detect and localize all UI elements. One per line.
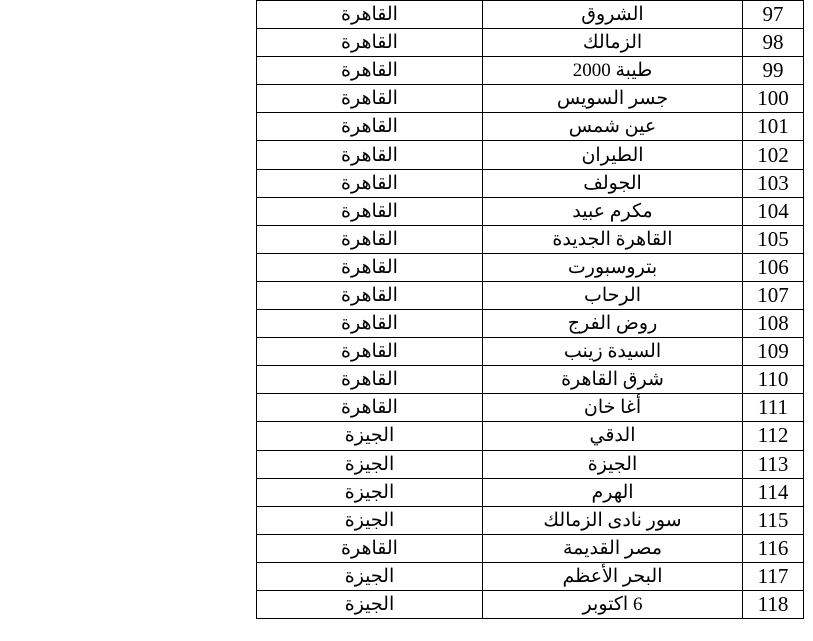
governorate-cell-text: القاهرة <box>341 286 398 305</box>
governorate-cell: القاهرة <box>257 394 483 422</box>
governorate-cell-text: القاهرة <box>341 117 398 136</box>
number-cell: 109 <box>743 338 804 366</box>
number-cell-text: 98 <box>763 30 784 54</box>
area-cell: أغا خان <box>483 394 743 422</box>
area-cell: الهرم <box>483 478 743 506</box>
table-row: القاهرةمصر القديمة116 <box>257 534 804 562</box>
table-row: القاهرةالقاهرة الجديدة105 <box>257 225 804 253</box>
governorate-cell-text: القاهرة <box>341 370 398 389</box>
table-row: الجيزة6 اكتوبر118 <box>257 590 804 618</box>
area-cell: مصر القديمة <box>483 534 743 562</box>
governorate-cell: القاهرة <box>257 57 483 85</box>
area-cell-text: الجولف <box>583 174 642 193</box>
area-cell: طيبة 2000 <box>483 57 743 85</box>
governorate-cell-text: القاهرة <box>341 314 398 333</box>
number-cell: 106 <box>743 253 804 281</box>
governorate-cell-text: الجيزة <box>345 426 395 445</box>
number-cell: 112 <box>743 422 804 450</box>
number-cell-text: 107 <box>757 283 789 307</box>
table-row: القاهرةبتروسبورت106 <box>257 253 804 281</box>
area-cell: الزمالك <box>483 29 743 57</box>
area-cell-text: الجيزة <box>588 455 638 474</box>
governorate-cell: القاهرة <box>257 281 483 309</box>
area-cell: الرحاب <box>483 281 743 309</box>
area-cell-text: مكرم عبيد <box>572 202 652 221</box>
number-cell: 100 <box>743 85 804 113</box>
number-cell-text: 102 <box>757 143 789 167</box>
governorate-cell: القاهرة <box>257 113 483 141</box>
table-row: القاهرةشرق القاهرة110 <box>257 366 804 394</box>
table-body: القاهرةالشروق97القاهرةالزمالك98القاهرةطي… <box>257 1 804 619</box>
governorate-cell: القاهرة <box>257 310 483 338</box>
number-cell: 117 <box>743 562 804 590</box>
governorate-cell-text: القاهرة <box>341 174 398 193</box>
number-cell-text: 106 <box>757 255 789 279</box>
number-cell: 108 <box>743 310 804 338</box>
area-cell: البحر الأعظم <box>483 562 743 590</box>
governorate-cell: القاهرة <box>257 338 483 366</box>
number-cell-text: 99 <box>763 58 784 82</box>
area-cell-text: 6 اكتوبر <box>583 595 643 614</box>
number-cell-text: 108 <box>757 311 789 335</box>
governorate-cell: القاهرة <box>257 253 483 281</box>
table-row: القاهرةالشروق97 <box>257 1 804 29</box>
governorate-cell: القاهرة <box>257 85 483 113</box>
table-row: القاهرةمكرم عبيد104 <box>257 197 804 225</box>
number-cell: 107 <box>743 281 804 309</box>
area-cell-text: عين شمس <box>569 117 656 136</box>
area-cell: الجولف <box>483 169 743 197</box>
table-row: القاهرةطيبة 200099 <box>257 57 804 85</box>
governorate-cell-text: القاهرة <box>341 202 398 221</box>
number-cell-text: 101 <box>757 114 789 138</box>
area-cell-text: مصر القديمة <box>563 539 662 558</box>
number-cell-text: 105 <box>757 227 789 251</box>
governorate-cell: الجيزة <box>257 478 483 506</box>
area-cell-text: أغا خان <box>584 398 641 417</box>
governorate-cell-text: الجيزة <box>345 483 395 502</box>
number-cell: 115 <box>743 506 804 534</box>
table-row: القاهرةعين شمس101 <box>257 113 804 141</box>
governorate-cell-text: الجيزة <box>345 567 395 586</box>
governorate-cell-text: القاهرة <box>341 230 398 249</box>
number-cell-text: 111 <box>758 395 788 419</box>
number-cell-text: 115 <box>758 508 789 532</box>
area-cell: مكرم عبيد <box>483 197 743 225</box>
area-cell: 6 اكتوبر <box>483 590 743 618</box>
table-row: الجيزةالدقي112 <box>257 422 804 450</box>
area-cell-text: الطيران <box>581 146 643 165</box>
number-cell-text: 104 <box>757 199 789 223</box>
table-row: القاهرةالسيدة زينب109 <box>257 338 804 366</box>
number-cell-text: 100 <box>757 86 789 110</box>
governorate-cell-text: القاهرة <box>341 398 398 417</box>
area-cell: عين شمس <box>483 113 743 141</box>
number-cell-text: 114 <box>758 480 789 504</box>
area-cell-text: شرق القاهرة <box>561 370 664 389</box>
governorate-cell-text: القاهرة <box>341 5 398 24</box>
governorate-cell-text: القاهرة <box>341 342 398 361</box>
governorate-cell: الجيزة <box>257 422 483 450</box>
number-cell-text: 110 <box>758 367 789 391</box>
governorate-cell: القاهرة <box>257 141 483 169</box>
area-cell: الدقي <box>483 422 743 450</box>
number-cell: 98 <box>743 29 804 57</box>
area-cell-text: بتروسبورت <box>568 258 657 277</box>
number-cell: 99 <box>743 57 804 85</box>
governorate-cell: الجيزة <box>257 590 483 618</box>
table-row: الجيزةالبحر الأعظم117 <box>257 562 804 590</box>
governorate-cell: القاهرة <box>257 366 483 394</box>
area-cell: روض الفرج <box>483 310 743 338</box>
table-row: القاهرةالزمالك98 <box>257 29 804 57</box>
number-cell: 110 <box>743 366 804 394</box>
area-cell-text: روض الفرج <box>568 314 658 333</box>
table-row: القاهرةجسر السويس100 <box>257 85 804 113</box>
table-row: الجيزةسور نادى الزمالك115 <box>257 506 804 534</box>
number-cell: 116 <box>743 534 804 562</box>
governorate-cell-text: الجيزة <box>345 511 395 530</box>
area-cell-text: البحر الأعظم <box>563 567 663 586</box>
governorate-cell: القاهرة <box>257 225 483 253</box>
number-cell: 114 <box>743 478 804 506</box>
table-row: القاهرةروض الفرج108 <box>257 310 804 338</box>
governorate-cell-text: القاهرة <box>341 89 398 108</box>
area-cell-text: الدقي <box>590 426 636 445</box>
number-cell: 97 <box>743 1 804 29</box>
governorate-cell: الجيزة <box>257 506 483 534</box>
governorate-cell-text: الجيزة <box>345 595 395 614</box>
governorate-cell: الجيزة <box>257 450 483 478</box>
table-row: القاهرةالرحاب107 <box>257 281 804 309</box>
governorate-cell: القاهرة <box>257 197 483 225</box>
number-cell-text: 109 <box>757 339 789 363</box>
governorate-cell: القاهرة <box>257 534 483 562</box>
area-cell: الطيران <box>483 141 743 169</box>
area-cell-text: القاهرة الجديدة <box>552 230 672 249</box>
number-cell: 105 <box>743 225 804 253</box>
number-cell-text: 116 <box>758 536 789 560</box>
area-cell: بتروسبورت <box>483 253 743 281</box>
governorate-cell-text: القاهرة <box>341 539 398 558</box>
number-cell-text: 112 <box>758 423 789 447</box>
area-cell-text: الزمالك <box>583 33 642 52</box>
governorate-cell: الجيزة <box>257 562 483 590</box>
area-cell-text: سور نادى الزمالك <box>543 511 681 530</box>
table-row: القاهرةالجولف103 <box>257 169 804 197</box>
number-cell-text: 103 <box>757 171 789 195</box>
area-cell: شرق القاهرة <box>483 366 743 394</box>
governorate-cell: القاهرة <box>257 1 483 29</box>
table-row: القاهرةالطيران102 <box>257 141 804 169</box>
area-cell: سور نادى الزمالك <box>483 506 743 534</box>
area-cell-text: جسر السويس <box>557 89 668 108</box>
area-cell: السيدة زينب <box>483 338 743 366</box>
number-cell-text: 113 <box>758 452 789 476</box>
area-cell-text: السيدة زينب <box>564 342 661 361</box>
area-cell: جسر السويس <box>483 85 743 113</box>
number-cell-text: 97 <box>763 2 784 26</box>
number-cell: 101 <box>743 113 804 141</box>
table-row: الجيزةالجيزة113 <box>257 450 804 478</box>
number-cell: 103 <box>743 169 804 197</box>
locations-table: القاهرةالشروق97القاهرةالزمالك98القاهرةطي… <box>256 0 804 619</box>
governorate-cell: القاهرة <box>257 169 483 197</box>
governorate-cell-text: القاهرة <box>341 33 398 52</box>
number-cell: 113 <box>743 450 804 478</box>
area-cell-text: طيبة 2000 <box>573 61 653 80</box>
governorate-cell-text: القاهرة <box>341 258 398 277</box>
area-cell-text: الشروق <box>581 5 643 24</box>
governorate-cell: القاهرة <box>257 29 483 57</box>
table-row: الجيزةالهرم114 <box>257 478 804 506</box>
area-cell: القاهرة الجديدة <box>483 225 743 253</box>
table-row: القاهرةأغا خان111 <box>257 394 804 422</box>
area-cell-text: الهرم <box>591 483 633 502</box>
number-cell: 118 <box>743 590 804 618</box>
governorate-cell-text: القاهرة <box>341 61 398 80</box>
area-cell: الجيزة <box>483 450 743 478</box>
area-cell-text: الرحاب <box>584 286 641 305</box>
number-cell: 104 <box>743 197 804 225</box>
area-cell: الشروق <box>483 1 743 29</box>
number-cell: 111 <box>743 394 804 422</box>
number-cell-text: 117 <box>758 564 789 588</box>
number-cell: 102 <box>743 141 804 169</box>
governorate-cell-text: القاهرة <box>341 146 398 165</box>
number-cell-text: 118 <box>758 592 789 616</box>
governorate-cell-text: الجيزة <box>345 455 395 474</box>
